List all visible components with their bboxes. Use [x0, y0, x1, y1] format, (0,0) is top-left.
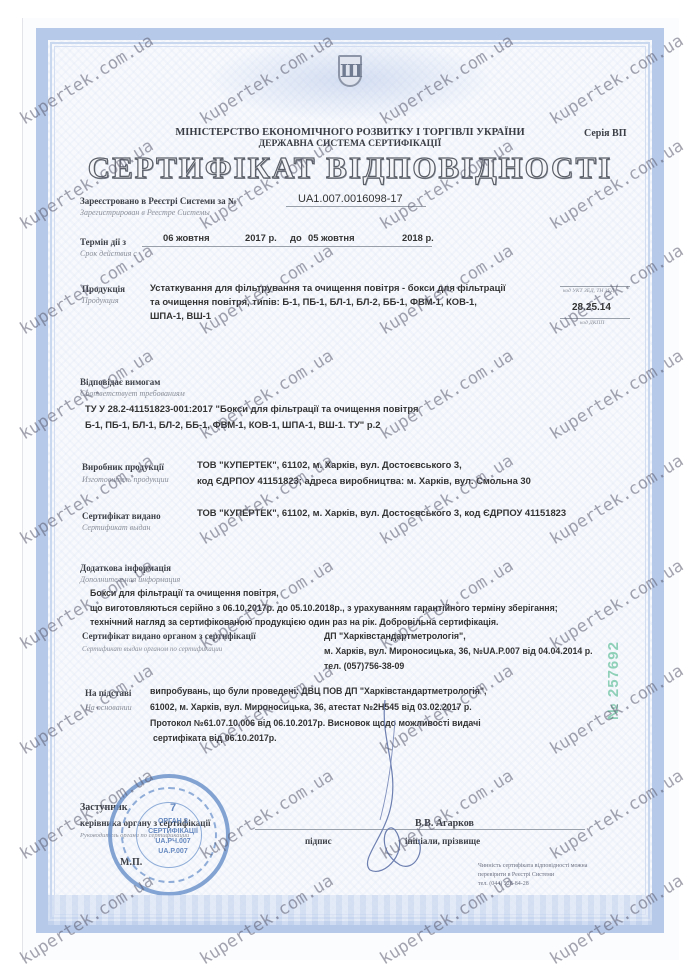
validity-to-label: до — [290, 232, 302, 243]
certificate-title: СЕРТИФІКАТ ВІДПОВІДНОСТІ — [0, 150, 700, 186]
seal-number: 7 — [112, 802, 234, 814]
manufacturer-sublabel: Изготовитель продукции — [82, 475, 169, 484]
additional-line-1: Бокси для фільтрації та очищення повітря… — [90, 588, 279, 598]
product-label: Продукція — [82, 284, 125, 294]
requirements-label: Відповідає вимогам — [80, 377, 160, 387]
additional-info-sublabel: Дополнительная информация — [80, 575, 180, 584]
basis-label: На підставі — [85, 688, 131, 698]
series-value: ВП — [612, 128, 626, 139]
manufacturer-line-2: код ЄДРПОУ 41151823; адреса виробництва:… — [197, 475, 531, 486]
trident-emblem-icon: Ш — [338, 55, 362, 87]
seal-line-3: UA.РЧ.007 — [112, 838, 234, 845]
registration-label: Зареєстровано в Реєстрі Системи за № — [80, 196, 237, 206]
seal-line-2: СЕРТИФІКАЦІЇ — [112, 828, 234, 835]
code-bottom-line — [560, 318, 630, 319]
signature-label: підпис — [305, 836, 332, 846]
product-code: 28.25.14 — [572, 302, 611, 313]
verification-line-1: Чинність сертифіката відповідності можна — [478, 863, 587, 869]
requirements-line-2: Б-1, ПБ-1, БЛ-1, БЛ-2, ББ-1, ФВМ-1, КОВ-… — [85, 419, 380, 430]
code-top-line — [560, 286, 630, 287]
product-sublabel: Продукция — [82, 296, 119, 305]
requirements-line-1: ТУ У 28.2-41151823-001:2017 "Бокси для ф… — [85, 403, 418, 414]
additional-line-3: технічний нагляд за сертифікованою проду… — [90, 617, 498, 627]
issuing-body-line-3: тел. (057)756-38-09 — [324, 661, 404, 671]
manufacturer-line-1: ТОВ "КУПЕРТЕК", 61102, м. Харків, вул. Д… — [197, 459, 462, 470]
product-line-2: та очищення повітря, типів: Б-1, ПБ-1, Б… — [150, 296, 477, 307]
registration-sublabel: Зарегистрирован в Реестре Системы — [80, 208, 210, 217]
validity-from-year: 2017 р. — [245, 232, 277, 243]
issuing-body-label: Сертифікат видано органом з сертифікації — [82, 631, 256, 641]
code-label-bottom: код ДКПП — [580, 320, 604, 326]
verification-line-2: перевірити в Реєстрі Системи — [478, 872, 554, 878]
handwritten-signature — [340, 700, 430, 880]
seal-line-1: ОРГАН З — [112, 818, 234, 825]
series-label-text: Серія — [584, 128, 610, 139]
additional-line-2: що виготовляються серійно з 06.10.2017р.… — [90, 603, 558, 613]
bottom-ornament — [48, 895, 652, 925]
verification-line-3: тел. (044) 528-84-28 — [478, 881, 529, 887]
seal-line-4: UA.P.007 — [112, 848, 234, 855]
certification-system: ДЕРЖАВНА СИСТЕМА СЕРТИФІКАЦІЇ — [0, 139, 700, 149]
validity-to-year: 2018 р. — [402, 232, 434, 243]
issuing-body-sublabel: Сертификат выдан органом по сертификации — [82, 645, 222, 653]
product-line-1: Устаткування для фільтрування та очищенн… — [150, 282, 506, 293]
official-seal: 7 ОРГАН З СЕРТИФІКАЦІЇ UA.РЧ.007 UA.P.00… — [108, 774, 230, 896]
registration-underline — [286, 206, 426, 207]
basis-line-1: випробувань, що були проведені: ДВЦ ПОВ … — [150, 686, 487, 696]
issued-to-sublabel: Сертификат выдан — [82, 523, 151, 532]
serial-number: № 257692 — [605, 641, 622, 720]
issuing-body-line-2: м. Харків, вул. Мироносицька, 36, №UA.P.… — [324, 646, 593, 656]
registration-number: UA1.007.0016098-17 — [298, 193, 403, 205]
issued-to-label: Сертифікат видано — [82, 511, 161, 521]
code-label-top: код УКТ ЗЕД, ТН ЗЕД — [563, 288, 614, 294]
basis-sublabel: На основании — [85, 703, 132, 712]
validity-label: Термін дії з — [80, 237, 126, 247]
series-label: Серія ВП — [584, 128, 627, 139]
issued-to-value: ТОВ "КУПЕРТЕК", 61102, м. Харків, вул. Д… — [197, 507, 566, 518]
validity-sublabel: Срок действия с — [80, 249, 137, 258]
issuing-body-line-1: ДП "Харківстандартметрологія", — [324, 631, 466, 641]
validity-to-day: 05 жовтня — [308, 232, 355, 243]
validity-from-day: 06 жовтня — [163, 232, 210, 243]
requirements-sublabel: Соответствует требованиям — [80, 389, 185, 398]
basis-line-4: сертифіката від 06.10.2017р. — [153, 733, 277, 743]
manufacturer-label: Виробник продукції — [82, 462, 164, 472]
validity-underline — [142, 246, 432, 247]
basis-line-3: Протокол №61.07.10.006 від 06.10.2017р. … — [150, 718, 481, 728]
product-line-3: ШПА-1, ВШ-1 — [150, 310, 211, 321]
additional-info-label: Додаткова інформація — [80, 563, 171, 573]
